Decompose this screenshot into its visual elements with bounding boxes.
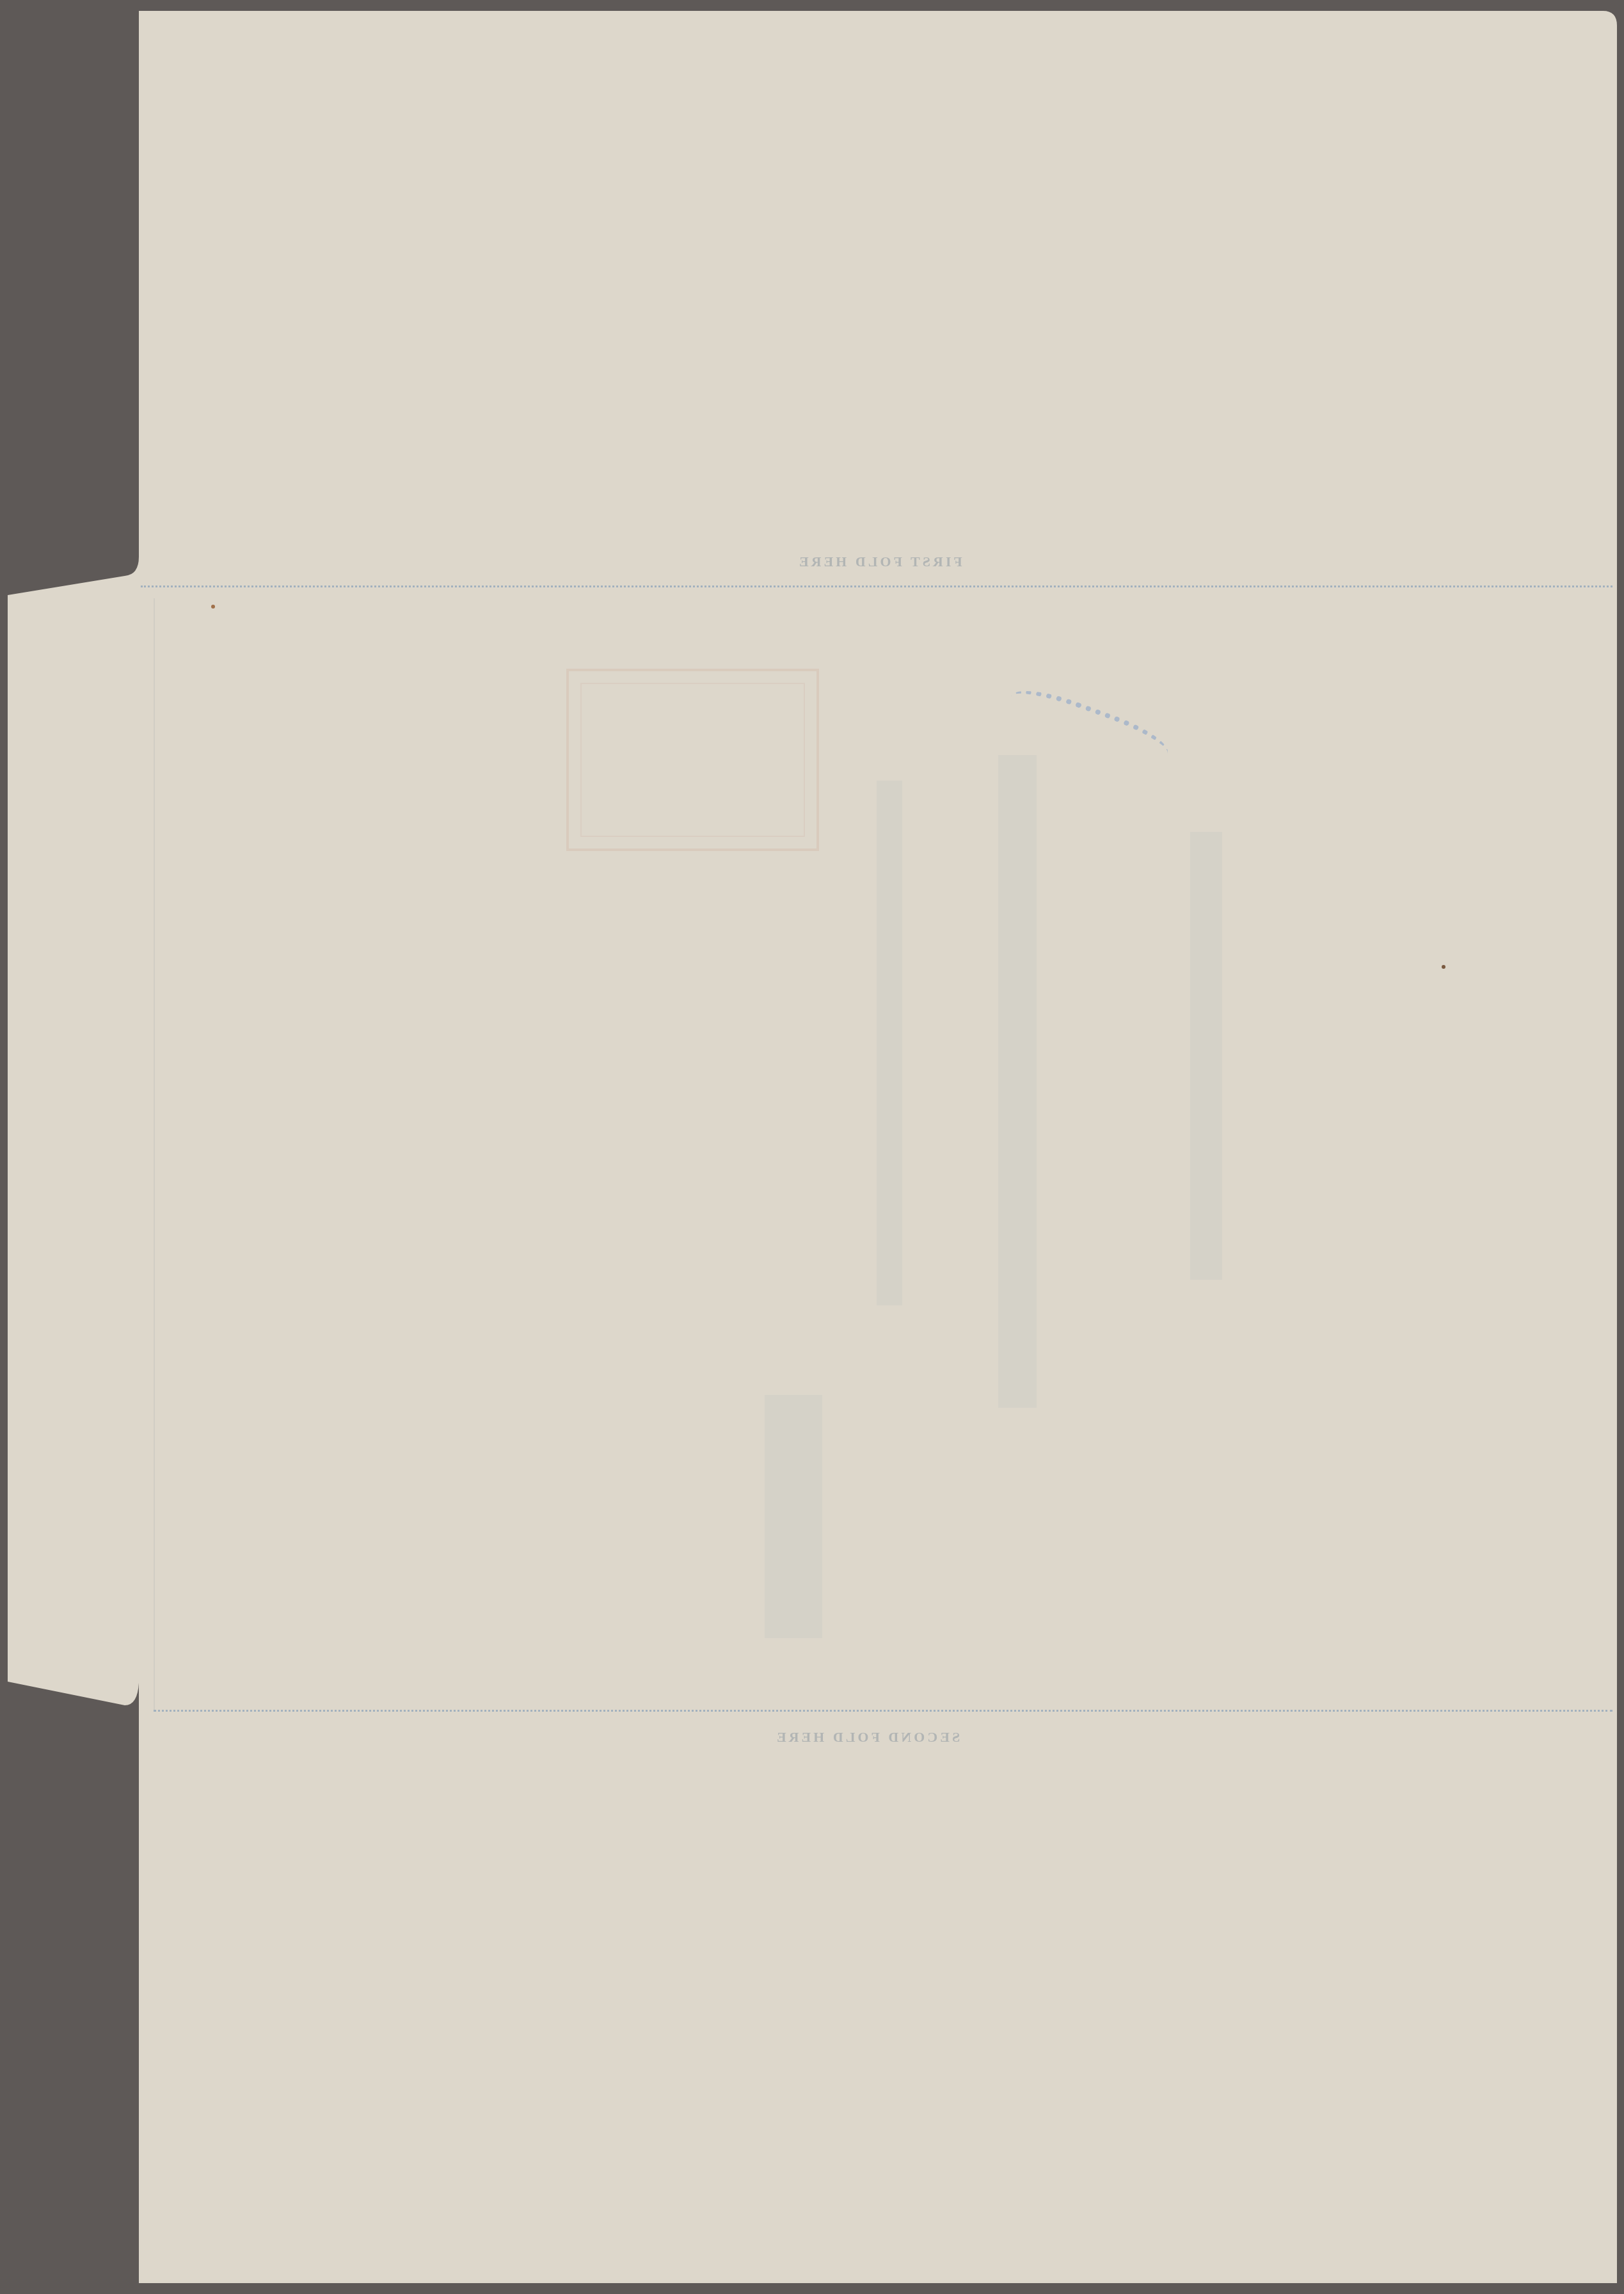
address-line-showthrough — [998, 755, 1037, 1408]
paper-speck — [1442, 965, 1445, 969]
imprinted-stamp-showthrough — [566, 669, 819, 851]
address-line-showthrough — [1190, 832, 1222, 1280]
second-fold-label: SECOND FOLD HERE — [774, 1729, 960, 1746]
stamp-frame — [580, 683, 805, 837]
aerogramme-sheet: FIRST FOLD HERE SECOND FOLD HERE — [0, 0, 1624, 2294]
paper-speck — [211, 605, 215, 609]
second-fold-line — [154, 1710, 1612, 1712]
first-fold-label: FIRST FOLD HERE — [797, 554, 962, 570]
first-fold-line — [141, 585, 1612, 587]
address-line-showthrough — [877, 781, 902, 1305]
logo-showthrough — [765, 1395, 822, 1638]
